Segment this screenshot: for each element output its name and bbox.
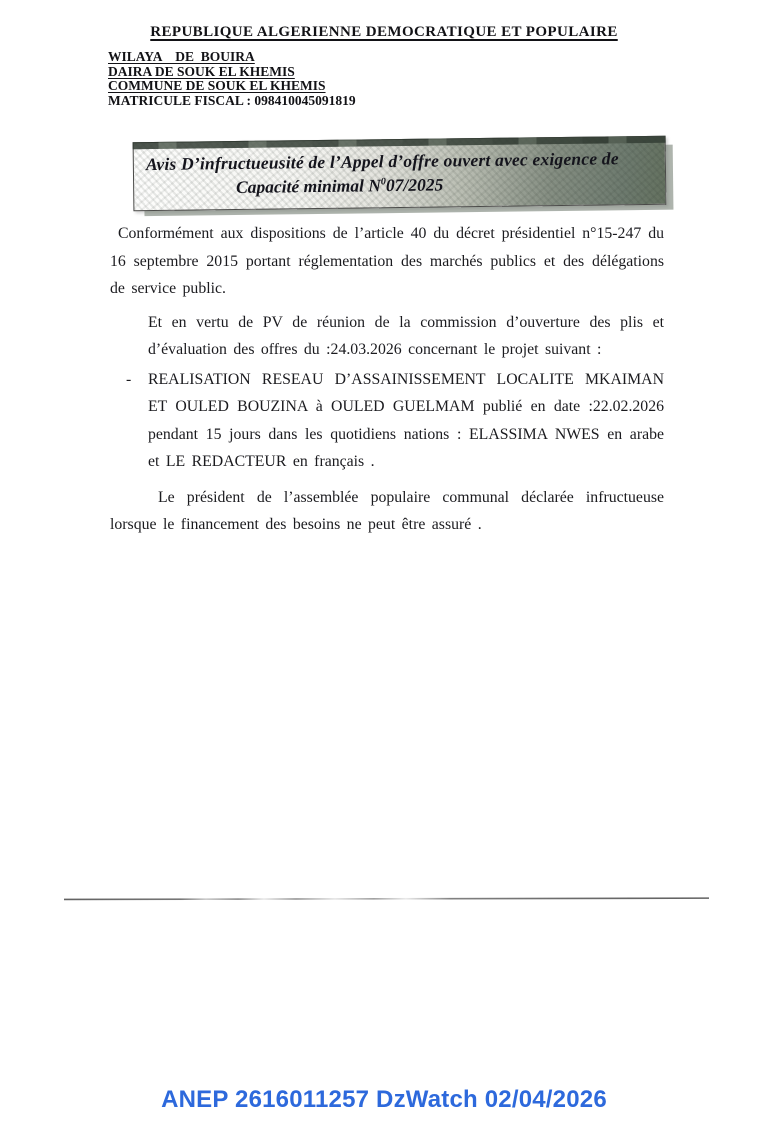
list-dash-marker: - [126, 366, 131, 394]
paragraph-declaration: Le président de l’assemblée populaire co… [110, 484, 664, 539]
anep-footer-reference: ANEP 2616011257 DzWatch 02/04/2026 [0, 1086, 768, 1114]
org-line-wilaya: WILAYA DE BOUIRA [108, 50, 356, 65]
notice-title-box: Avis D’infructueusité de l’Appel d’offre… [133, 136, 667, 212]
republic-header-title: REPUBLIQUE ALGERIENNE DEMOCRATIQUE ET PO… [0, 24, 768, 41]
document-page: REPUBLIQUE ALGERIENNE DEMOCRATIQUE ET PO… [0, 0, 768, 1138]
notice-title-line1: Avis D’infructueusité de l’Appel d’offre… [134, 148, 665, 175]
paragraph-pv-reunion: Et en vertu de PV de réunion de la commi… [148, 309, 664, 364]
org-line-matricule: MATRICULE FISCAL : 098410045091819 [108, 94, 356, 109]
notice-title-line2-text: Capacité minimal N [236, 175, 381, 197]
org-block: WILAYA DE BOUIRA DAIRA DE SOUK EL KHEMIS… [108, 50, 356, 108]
notice-body: Conformément aux dispositions de l’artic… [110, 220, 664, 539]
paragraph-legal-basis: Conformément aux dispositions de l’artic… [110, 220, 664, 303]
scan-artifact-line [64, 896, 709, 900]
notice-title-line2: Capacité minimal N007/2025 [134, 172, 665, 199]
project-description: REALISATION RESEAU D’ASSAINISSEMENT LOCA… [148, 366, 664, 476]
project-list-item: - REALISATION RESEAU D’ASSAINISSEMENT LO… [110, 366, 664, 476]
notice-title-number: 07/2025 [386, 174, 444, 195]
org-line-daira: DAIRA DE SOUK EL KHEMIS [108, 65, 356, 80]
org-line-commune: COMMUNE DE SOUK EL KHEMIS [108, 79, 356, 94]
